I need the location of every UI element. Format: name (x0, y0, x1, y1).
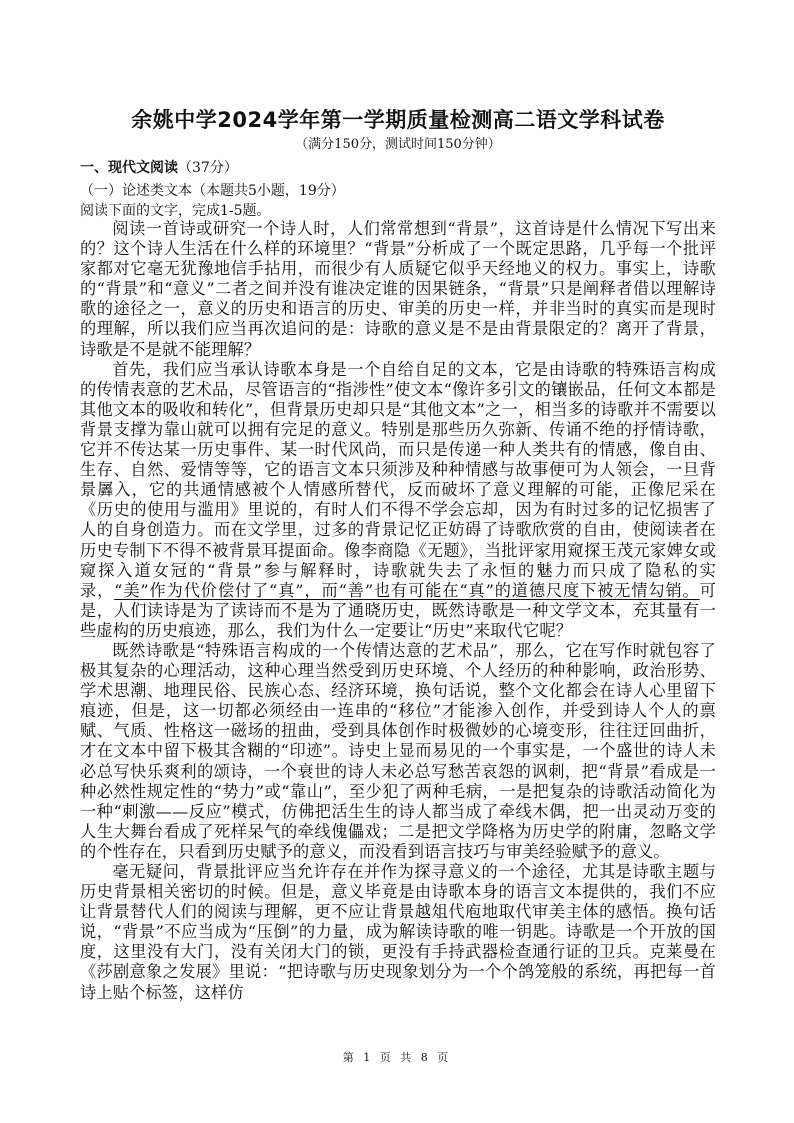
paragraph-2-before: 首先，我们应当承认诗歌本身是一个自给自足的文本，它是由诗歌的特殊语言构成的传情表… (80, 360, 716, 600)
section-heading: 一、现代文阅读（37分） (80, 157, 238, 177)
exam-subtitle: （满分150分，测试时间150分钟） (80, 133, 716, 152)
section-heading-label: 一、现代文阅读 (80, 160, 178, 176)
reading-instruction: 阅读下面的文字，完成1-5题。 (80, 200, 271, 220)
section-score: （37分） (178, 160, 238, 176)
exam-title: 余姚中学2024学年第一学期质量检测高二语文学科试卷 (80, 104, 716, 134)
paragraph-2: 首先，我们应当承认诗歌本身是一个自给自足的文本，它是由诗歌的特殊语言构成的传情表… (80, 360, 716, 641)
paragraph-1: 阅读一首诗或研究一个诗人时，人们常常想到“背景”，这首诗是什么情况下写出来的？这… (80, 219, 716, 360)
subsection-heading: （一）论述类文本（本题共5小题，19分） (80, 180, 345, 200)
passage-body: 阅读一首诗或研究一个诗人时，人们常常想到“背景”，这首诗是什么情况下写出来的？这… (80, 219, 716, 1003)
paragraph-4: 毫无疑问，背景批评应当允许存在并作为探寻意义的一个途径，尤其是诗歌主题与历史背景… (80, 862, 716, 1003)
page-number-footer: 第 1 页 共 8 页 (0, 1049, 794, 1065)
underlined-sentence: “美”作为代价偿付了“真”，而“善”也有可能在“真”的道德尺度下被无情勾销。 (114, 581, 699, 600)
paragraph-3: 既然诗歌是“特殊语言构成的一个传情达意的艺术品”，那么，它在写作时就包容了极其复… (80, 641, 716, 862)
